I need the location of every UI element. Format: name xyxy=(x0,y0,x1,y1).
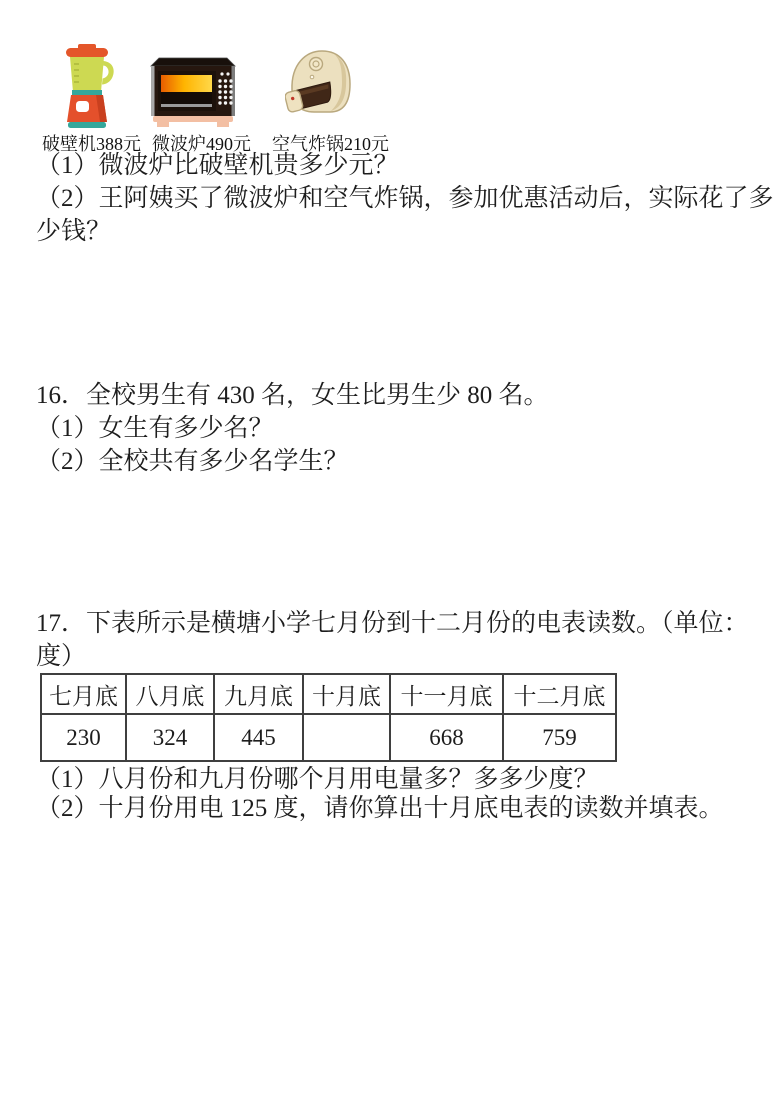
q16-part2-text: （2）全校共有多少名学生？ xyxy=(36,447,349,477)
meter-header-july: 七月底 xyxy=(41,674,126,714)
q17-stem-text-line1: 17．下表所示是横塘小学七月份到十二月份的电表读数。（单位： xyxy=(36,609,749,639)
q15-part2-text-line1: （2）王阿姨买了微波炉和空气炸锅，参加优惠活动后，实际花了多 xyxy=(36,184,774,214)
meter-value-august: 324 xyxy=(126,714,214,761)
q16-stem-text: 16．全校男生有 430 名，女生比男生少 80 名。 xyxy=(36,381,549,411)
meter-table-values-row: 230 324 445 668 759 xyxy=(41,714,616,761)
meter-header-august: 八月底 xyxy=(126,674,214,714)
meter-value-october-blank xyxy=(303,714,390,761)
q15-part1-text: （1）微波炉比破壁机贵多少元？ xyxy=(36,151,399,181)
q15-part2-text-line2: 少钱？ xyxy=(36,217,111,247)
meter-value-november: 668 xyxy=(390,714,503,761)
blender-image xyxy=(56,44,118,130)
meter-header-october: 十月底 xyxy=(303,674,390,714)
meter-header-november: 十一月底 xyxy=(390,674,503,714)
meter-header-december: 十二月底 xyxy=(503,674,616,714)
meter-value-july: 230 xyxy=(41,714,126,761)
meter-readings-table: 七月底 八月底 九月底 十月底 十一月底 十二月底 230 324 445 66… xyxy=(40,673,617,762)
q16-part1-text: （1）女生有多少名？ xyxy=(36,414,274,444)
meter-table-header-row: 七月底 八月底 九月底 十月底 十一月底 十二月底 xyxy=(41,674,616,714)
worksheet-page: 破壁机388元 微波炉490元 空气炸锅210元 （1）微波炉比破壁机贵多少元？… xyxy=(0,0,780,1103)
meter-value-september: 445 xyxy=(214,714,303,761)
meter-value-december: 759 xyxy=(503,714,616,761)
meter-header-september: 九月底 xyxy=(214,674,303,714)
q17-stem-text-line2: 度） xyxy=(36,642,86,672)
microwave-image xyxy=(147,56,239,130)
air-fryer-image xyxy=(285,48,353,124)
q17-part1-text: （1）八月份和九月份哪个月用电量多？多多少度？ xyxy=(36,765,599,795)
q17-part2-text: （2）十月份用电 125 度，请你算出十月底电表的读数并填表。 xyxy=(36,794,724,824)
